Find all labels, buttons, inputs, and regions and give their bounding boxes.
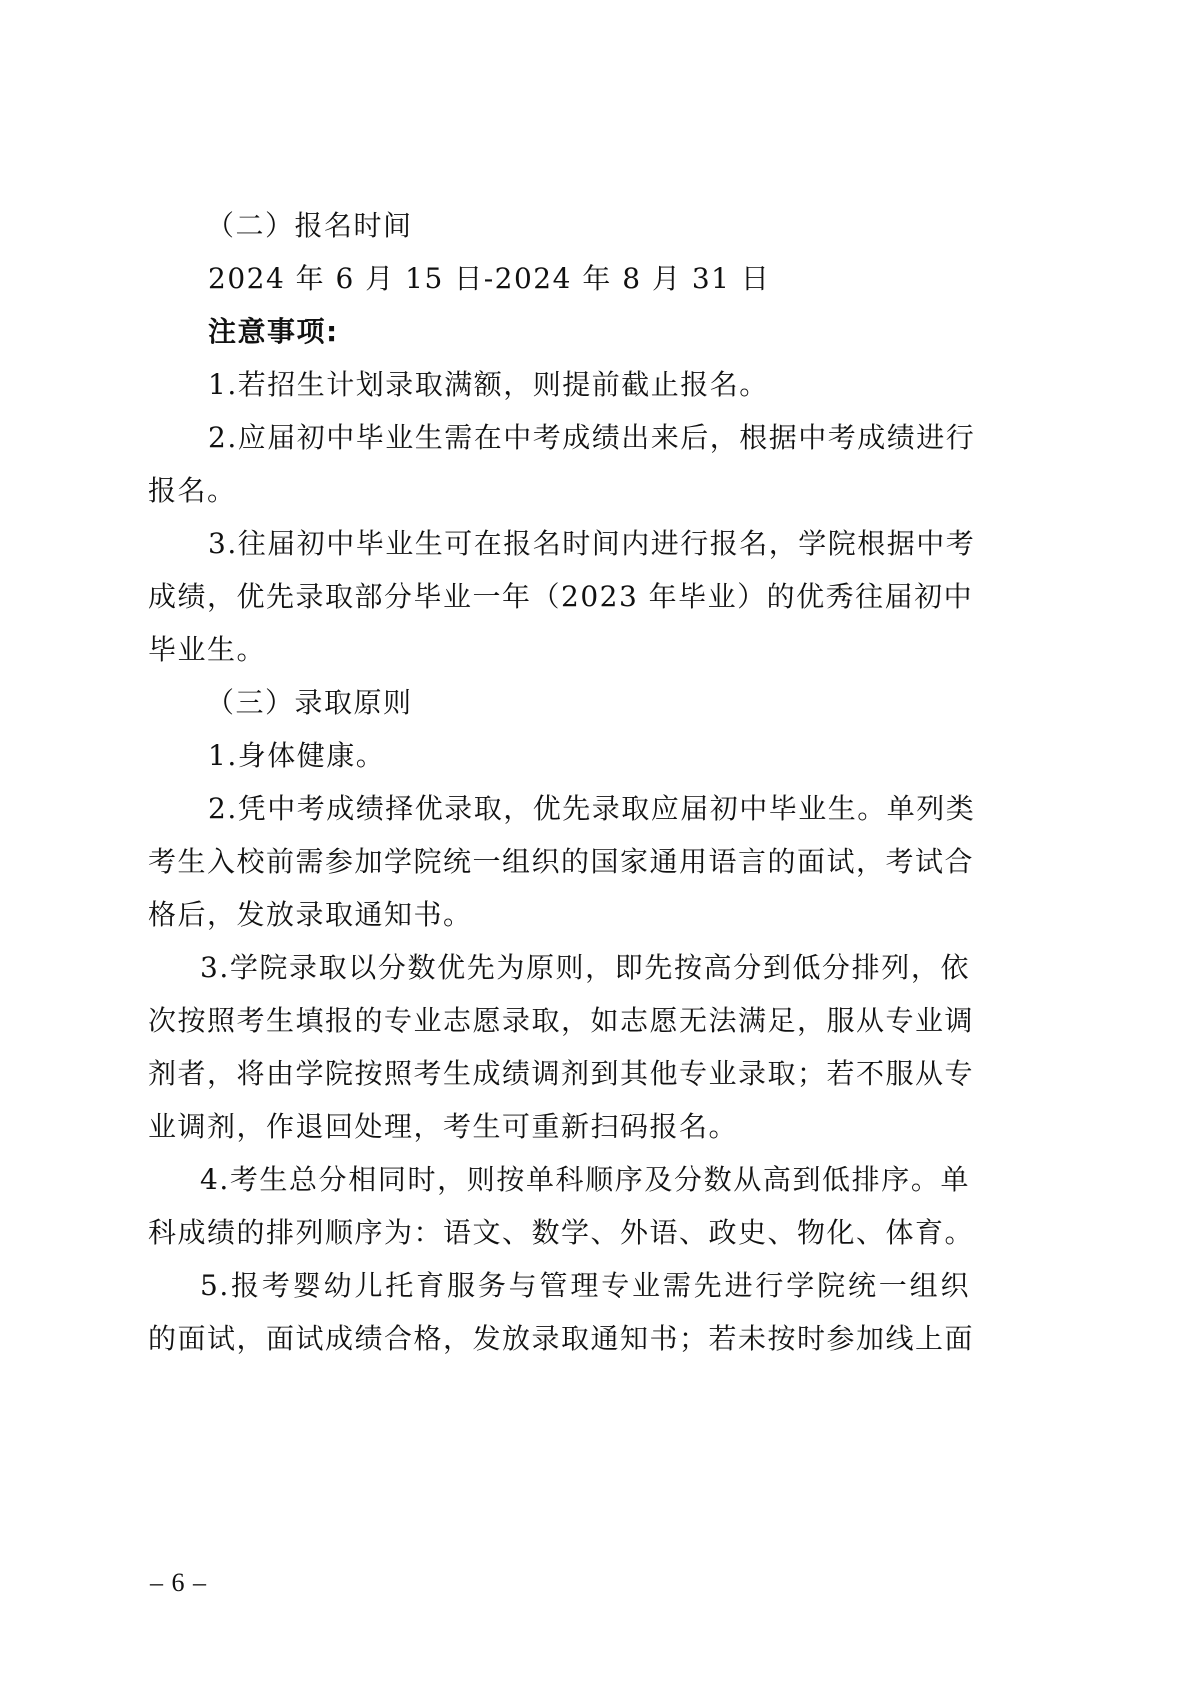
note-2-line-1: 2.应届初中毕业生需在中考成绩出来后，根据中考成绩进行	[208, 420, 970, 456]
note-3-line-1: 3.往届初中毕业生可在报名时间内进行报名，学院根据中考	[208, 526, 970, 562]
principle-3-line-3: 剂者，将由学院按照考生成绩调剂到其他专业录取；若不服从专	[148, 1056, 970, 1092]
section-heading-registration-time: （二）报名时间	[206, 208, 413, 244]
registration-date-range: 2024 年 6 月 15 日-2024 年 8 月 31 日	[208, 261, 770, 297]
note-1-line-1: 1.若招生计划录取满额，则提前截止报名。	[208, 367, 769, 403]
note-3-line-2: 成绩，优先录取部分毕业一年（2023 年毕业）的优秀往届初中	[148, 579, 970, 615]
principle-2-line-1: 2.凭中考成绩择优录取，优先录取应届初中毕业生。单列类	[208, 791, 970, 827]
page-number: – 6 –	[150, 1568, 207, 1598]
principle-3-line-1: 3.学院录取以分数优先为原则，即先按高分到低分排列，依	[200, 950, 970, 986]
principle-2-line-2: 考生入校前需参加学院统一组织的国家通用语言的面试，考试合	[148, 844, 970, 880]
section-heading-admission-principles: （三）录取原则	[206, 685, 413, 721]
principle-5-line-2: 的面试，面试成绩合格，发放录取通知书；若未按时参加线上面	[148, 1321, 970, 1357]
principle-1-line-1: 1.身体健康。	[208, 738, 385, 774]
principle-5-line-1: 5.报考婴幼儿托育服务与管理专业需先进行学院统一组织	[200, 1268, 970, 1304]
principle-4-line-2: 科成绩的排列顺序为：语文、数学、外语、政史、物化、体育。	[148, 1215, 970, 1251]
principle-4-line-1: 4.考生总分相同时，则按单科顺序及分数从高到低排序。单	[200, 1162, 970, 1198]
principle-3-line-4: 业调剂，作退回处理，考生可重新扫码报名。	[148, 1109, 738, 1145]
principle-2-line-3: 格后，发放录取通知书。	[148, 897, 473, 933]
note-3-line-3: 毕业生。	[148, 632, 266, 668]
principle-3-line-2: 次按照考生填报的专业志愿录取，如志愿无法满足，服从专业调	[148, 1003, 970, 1039]
notes-title: 注意事项:	[208, 314, 339, 350]
note-2-line-2: 报名。	[148, 473, 237, 509]
